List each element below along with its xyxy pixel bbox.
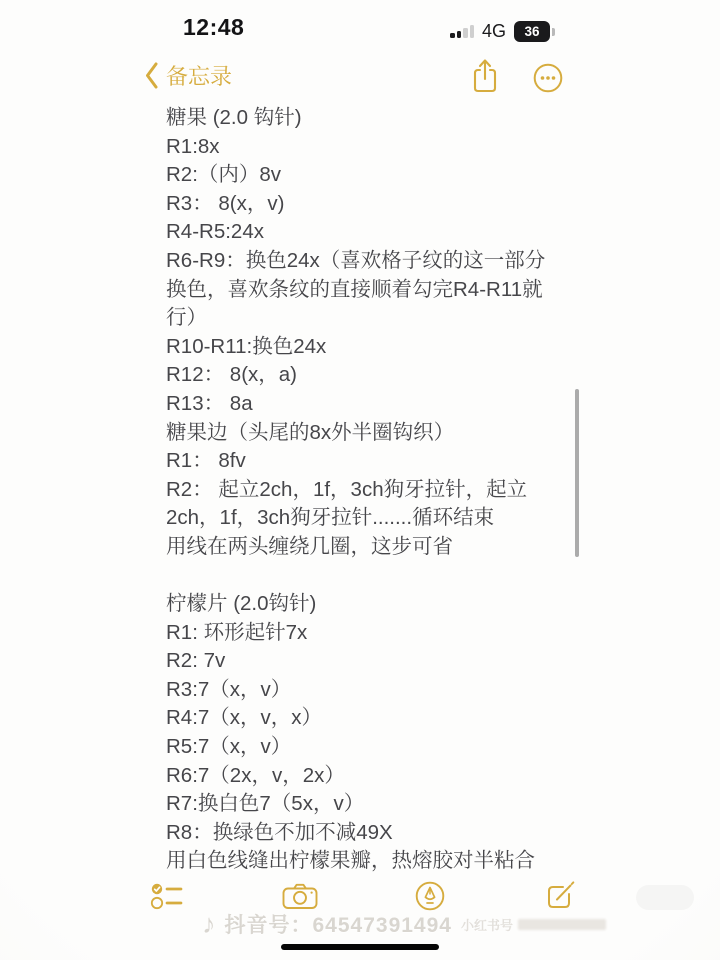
note-line: R1:8x <box>166 133 578 162</box>
note-line: R4:7（x，v，x） <box>166 704 578 733</box>
xiaohongshu-watermark: 小红书号 <box>461 915 513 934</box>
compose-icon <box>542 879 576 913</box>
note-editor[interactable]: 糖果 (2.0 钩针) R1:8x R2:（内）8v R3： 8(x，v) R4… <box>166 104 578 876</box>
note-line: R2: 7v <box>166 647 578 676</box>
note-line: 行） <box>166 304 578 333</box>
scrollbar[interactable] <box>575 389 579 557</box>
note-line: 用线在两头缠绕几圈，这步可省 <box>166 533 578 562</box>
chevron-left-icon <box>144 62 159 89</box>
checklist-icon <box>150 881 186 911</box>
note-line: R7:换白色7（5x，v） <box>166 790 578 819</box>
note-line: 2ch，1f，3ch狗牙拉针.......循环结束 <box>166 504 578 533</box>
compose-button[interactable] <box>542 879 576 913</box>
note-line: 糖果边（头尾的8x外半圈钩织） <box>166 419 578 448</box>
status-time: 12:48 <box>183 14 244 41</box>
note-line: R2:（内）8v <box>166 161 578 190</box>
bottom-toolbar <box>150 879 576 913</box>
note-line <box>166 562 578 591</box>
share-up-arrow-icon <box>470 57 500 95</box>
note-line: 糖果 (2.0 钩针) <box>166 104 578 133</box>
network-type-label: 4G <box>482 21 506 42</box>
ellipsis-circle-icon <box>532 62 564 94</box>
markup-pen-icon <box>414 880 446 912</box>
camera-icon <box>282 882 318 910</box>
douyin-id-watermark: 抖音号：64547391494 <box>225 909 452 939</box>
camera-button[interactable] <box>282 882 318 910</box>
blurred-watermark-digits <box>518 919 606 930</box>
note-line: R2： 起立2ch，1f，3ch狗牙拉针，起立 <box>166 476 578 505</box>
note-line: R10-R11:换色24x <box>166 333 578 362</box>
status-cluster: 4G 36 <box>450 21 555 42</box>
signal-strength-icon <box>450 25 474 38</box>
back-button[interactable]: 备忘录 <box>144 60 232 91</box>
checklist-button[interactable] <box>150 881 186 911</box>
note-line: 用白色线缝出柠檬果瓣，热熔胶对半粘合 <box>166 847 578 876</box>
watermark: ♪ 抖音号：64547391494 小红书号 <box>202 909 606 939</box>
note-line: 换色，喜欢条纹的直接顺着勾完R4-R11就 <box>166 276 578 305</box>
battery-percent: 36 <box>514 21 550 42</box>
note-line: R1： 8fv <box>166 447 578 476</box>
note-line: R3:7（x，v） <box>166 676 578 705</box>
note-line: R12： 8(x，a) <box>166 361 578 390</box>
note-line: R8：换绿色不加不减49X <box>166 819 578 848</box>
share-button[interactable] <box>470 57 500 95</box>
markup-button[interactable] <box>414 880 446 912</box>
note-line: R1: 环形起针7x <box>166 619 578 648</box>
battery-icon: 36 <box>514 21 555 42</box>
back-button-label: 备忘录 <box>166 60 232 91</box>
home-indicator[interactable] <box>281 944 439 950</box>
note-line: R6:7（2x，v，2x） <box>166 762 578 791</box>
note-line: R6-R9：换色24x（喜欢格子纹的这一部分 <box>166 247 578 276</box>
note-line: 柠檬片 (2.0钩针) <box>166 590 578 619</box>
note-line: R5:7（x，v） <box>166 733 578 762</box>
music-note-icon: ♪ <box>202 911 216 938</box>
note-line: R4-R5:24x <box>166 218 578 247</box>
note-line: R13： 8a <box>166 390 578 419</box>
more-options-button[interactable] <box>532 62 564 94</box>
faint-watermark-badge <box>636 885 694 910</box>
note-line: R3： 8(x，v) <box>166 190 578 219</box>
